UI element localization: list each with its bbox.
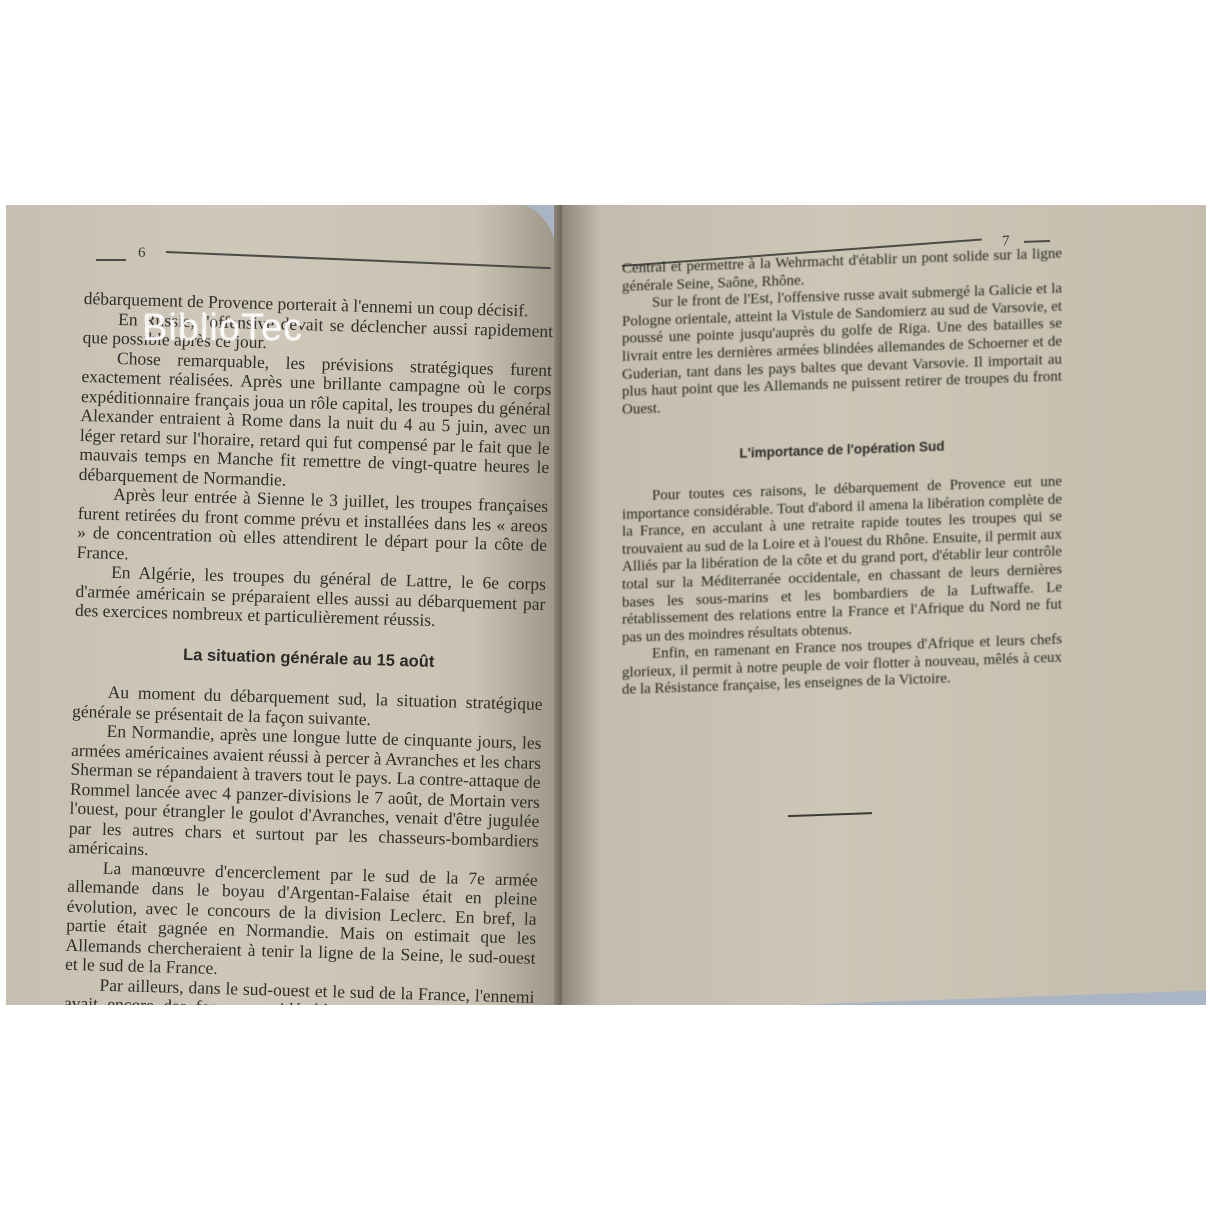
section-heading: La situation générale au 15 août bbox=[74, 642, 544, 675]
paragraph: Après leur entrée à Sienne le 3 juillet,… bbox=[76, 484, 548, 575]
left-page-body: débarquement de Provence porterait à l'e… bbox=[63, 289, 554, 1005]
right-page: 7 Central et permettre à la Wehrmacht d'… bbox=[562, 205, 1206, 1005]
paragraph: En Normandie, après une longue lutte de … bbox=[68, 721, 542, 871]
paragraph: Pour toutes ces raisons, le débarquement… bbox=[622, 473, 1062, 647]
watermark-logo: BiblioTec bbox=[142, 307, 303, 350]
paragraph: Chose remarquable, les prévisions straté… bbox=[79, 347, 553, 497]
section-heading: L'importance de l'opération Sud bbox=[622, 434, 1062, 467]
header-rule-short bbox=[1024, 240, 1050, 243]
right-page-body: Central et permettre à la Wehrmacht d'ét… bbox=[622, 246, 1062, 700]
header-rule-short bbox=[96, 259, 126, 261]
page-number: 6 bbox=[138, 245, 146, 262]
chapter-end-rule bbox=[788, 812, 872, 817]
header-rule bbox=[166, 251, 551, 269]
paragraph: Sur le front de l'Est, l'offensive russe… bbox=[622, 281, 1062, 420]
paragraph: En Algérie, les troupes du général de La… bbox=[75, 562, 546, 634]
left-page: 6 débarquement de Provence porterait à l… bbox=[6, 205, 558, 1005]
paragraph: La manœuvre d'encerclement par le sud de… bbox=[65, 857, 538, 987]
book-photo: 6 débarquement de Provence porterait à l… bbox=[6, 205, 1206, 1005]
